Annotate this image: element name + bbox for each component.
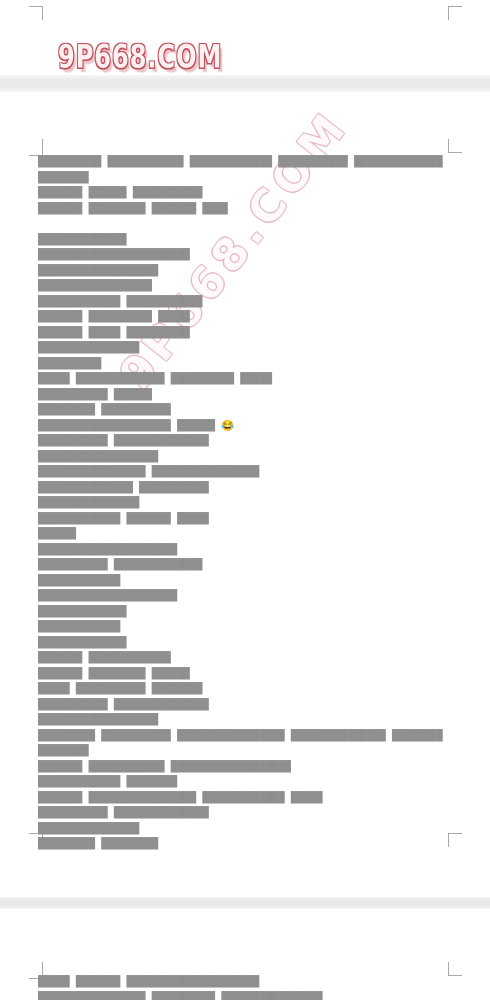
redacted-text-line: ███████████████████ bbox=[38, 264, 450, 280]
crop-mark-top-right bbox=[448, 139, 462, 153]
redacted-text-line: █████ ███████ █████████████████████ bbox=[38, 975, 450, 991]
page-gap bbox=[0, 75, 490, 92]
redacted-text-line: ███████████ ███████████████ bbox=[38, 806, 450, 822]
redacted-text-line: █████ ███████████ ████████ bbox=[38, 682, 450, 698]
redacted-text-line: ███████████ ███████████████ bbox=[38, 434, 450, 450]
redacted-text-line: █████████████ bbox=[38, 620, 450, 636]
redacted-text-line: █████████████████ █████████████████ bbox=[38, 465, 450, 481]
redacted-text-line: ██████████████ bbox=[38, 636, 450, 652]
redacted-text-line: █████ ██████████████ ██████████ █████ bbox=[38, 372, 450, 388]
redacted-text-line: ███████████████████ bbox=[38, 713, 450, 729]
redacted-text-line bbox=[38, 217, 450, 233]
redacted-text-line: ██████████ ████████████ █████████████ ██… bbox=[38, 155, 450, 171]
redacted-text-line: █████████████████ ██████████ ███████████… bbox=[38, 991, 450, 1000]
document-canvas[interactable]: 9P668.COM 9P668.COM ██████████ █████████… bbox=[0, 0, 490, 1000]
redacted-text-line: █████████████ ███████ █████ bbox=[38, 512, 450, 528]
redacted-text-line: ███████████████████ bbox=[38, 450, 450, 466]
redacted-text-line: █████████████ ████████████ bbox=[38, 295, 450, 311]
redacted-text-line: ████████ bbox=[38, 171, 450, 187]
redacted-text-line: ████████████████ bbox=[38, 822, 450, 838]
page-1-redacted-text: ██████████ ████████████ █████████████ ██… bbox=[38, 155, 450, 853]
redacted-text-line: ███████ █████████ ██████ bbox=[38, 667, 450, 683]
redacted-text-line: ██████ bbox=[38, 527, 450, 543]
redacted-text-line: ███████ ██████ ███████████ bbox=[38, 186, 450, 202]
crop-mark-bottom-right bbox=[448, 6, 462, 20]
redacted-text-line: ███████ █████████ ███████ ████ bbox=[38, 202, 450, 218]
redacted-text-line: █████████ ███████████ █████████████████ … bbox=[38, 729, 450, 745]
redacted-text-line: ██████████████████████ bbox=[38, 589, 450, 605]
redacted-text-line: █████████ ███████████ bbox=[38, 403, 450, 419]
redacted-text-line: ███████ █████████████████ █████████████ … bbox=[38, 791, 450, 807]
redacted-text-line: ████████ bbox=[38, 744, 450, 760]
crop-mark-top-right bbox=[448, 962, 462, 976]
redacted-text-line: ███████████ ██████ bbox=[38, 388, 450, 404]
site-watermark: 9P668.COM bbox=[58, 38, 222, 76]
previous-page-bottom-margin: 9P668.COM bbox=[0, 0, 490, 75]
redacted-text-line: ███████████████ ███████████ bbox=[38, 481, 450, 497]
crop-mark-bottom-left bbox=[29, 6, 43, 20]
redacted-text-line: █████████████████████ ██████ 😂 bbox=[38, 419, 450, 435]
redacted-text-line: ██████████████████ bbox=[38, 279, 450, 295]
redacted-text-line: ███████ ████████████ ███████████████████ bbox=[38, 760, 450, 776]
redacted-text-line: ██████████████ bbox=[38, 605, 450, 621]
redacted-text-line: █████████ █████████ bbox=[38, 837, 450, 853]
page-2-redacted-text: █████ ███████ ██████████████████████████… bbox=[38, 975, 450, 1000]
redacted-text-line: ███████ ██████████ █████ bbox=[38, 310, 450, 326]
redacted-text-line: ███████ █████████████ bbox=[38, 651, 450, 667]
redacted-text-line: ██████████████████████ bbox=[38, 543, 450, 559]
redacted-text-line: █████████████ bbox=[38, 574, 450, 590]
redacted-text-line: ████████████████ bbox=[38, 496, 450, 512]
redacted-text-line: ██████████ bbox=[38, 357, 450, 373]
redacted-text-line: ███████████ ██████████████ bbox=[38, 558, 450, 574]
redacted-text-line: ████████████████ bbox=[38, 341, 450, 357]
crop-mark-top-left bbox=[29, 139, 43, 156]
crop-mark-bottom-right bbox=[448, 833, 462, 847]
page-gap bbox=[0, 897, 490, 909]
redacted-text-line: ███████ █████ ██████████ bbox=[38, 326, 450, 342]
redacted-text-line: ███████████ ███████████████ bbox=[38, 698, 450, 714]
page-2[interactable]: █████ ███████ ██████████████████████████… bbox=[0, 909, 490, 1000]
redacted-text-line: ██████████████ bbox=[38, 233, 450, 249]
redacted-text-line: ████████████████████████ bbox=[38, 248, 450, 264]
page-1[interactable]: 9P668.COM ██████████ ████████████ ██████… bbox=[0, 92, 490, 897]
redacted-text-line: █████████████ ████████ bbox=[38, 775, 450, 791]
